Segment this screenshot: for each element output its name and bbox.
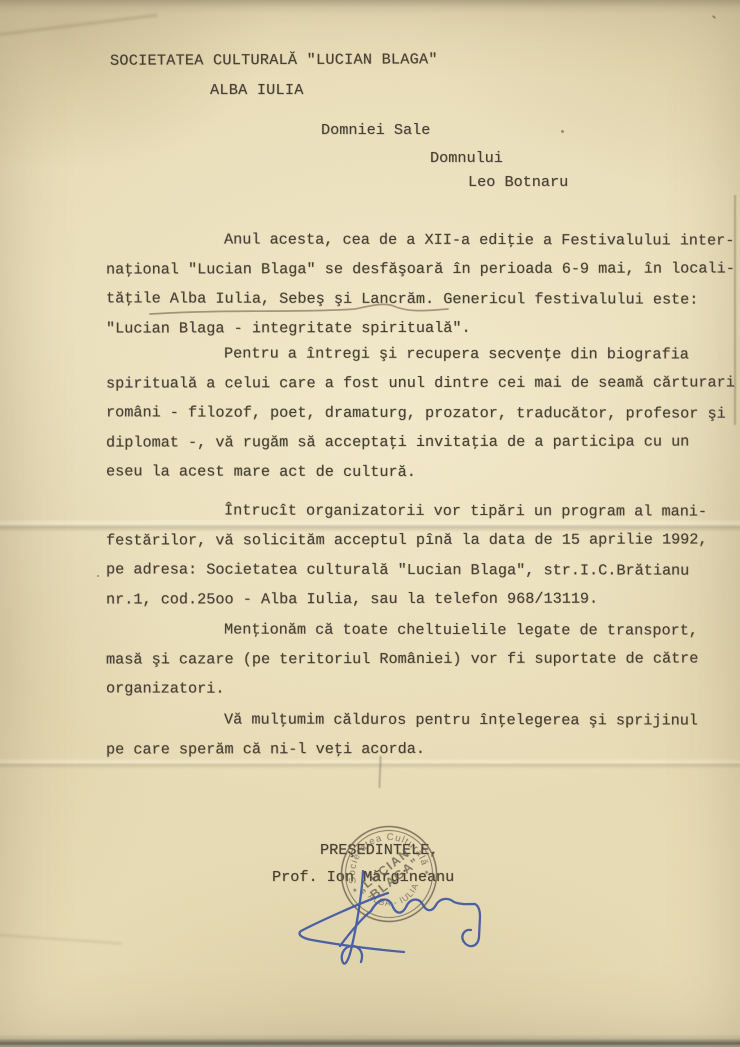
paragraph-4: Menţionăm că toate cheltuielile legate d… [106,616,698,704]
ink-speck [97,575,99,577]
typed-line: festărilor, vă solicităm acceptul pînă l… [106,526,708,556]
typed-line: Întrucît organizatorii vor tipări un pro… [224,496,708,526]
typed-line: Vă mulţumim călduros pentru înţelegerea … [224,706,698,736]
typed-line: pe care sperăm că ni-l veţi acorda. [106,735,698,765]
typed-line: nr.1, cod.25oo - Alba Iulia, sau la tele… [106,585,708,615]
scanned-letter-page: SOCIETATEA CULTURALĂ "LUCIAN BLAGA" ALBA… [0,0,740,1047]
typed-line: eseu la acest mare act de cultură. [106,457,735,488]
typed-line: masă şi cazare (pe teritoriul României) … [106,645,698,675]
typed-line: diplomat -, vă rugăm să acceptaţi invita… [106,428,735,458]
typed-line: români - filozof, poet, dramaturg, proza… [106,398,735,429]
paragraph-5: Vă mulţumim călduros pentru înţelegerea … [106,706,698,765]
ink-speck [561,130,564,133]
paper-crease [0,14,158,38]
paragraph-3: Întrucît organizatorii vor tipări un pro… [106,497,708,615]
typed-line: organizatori. [106,674,698,705]
letterhead-organization: SOCIETATEA CULTURALĂ "LUCIAN BLAGA" [110,45,438,76]
scan-bottom-edge [0,1034,740,1047]
paper-crease [0,933,122,944]
typed-line: Anul acesta, cea de a XII-a ediţie a Fes… [224,225,735,255]
typed-line: naţional "Lucian Blaga" se desfăşoară în… [106,255,735,285]
handwritten-signature [255,850,505,985]
typed-line: spirituală a celui care a fost unul dint… [106,369,735,399]
paragraph-1: Anul acesta, cea de a XII-a ediţie a Fes… [106,226,735,344]
typed-line: pe adresa: Societatea culturală "Lucian … [106,555,708,586]
paragraph-2: Pentru a întregi şi recupera secvenţe di… [106,340,735,487]
recipient-name: Leo Botnaru [468,168,568,197]
letterhead-city: ALBA IULIA [210,76,304,105]
pencil-underline [140,300,460,324]
typed-line: Pentru a întregi şi recupera secvenţe di… [224,339,735,369]
typed-line: Menţionăm că toate cheltuielile legate d… [224,616,698,646]
ink-speck [712,15,716,19]
recipient-salutation: Domniei Sale [321,116,430,145]
scan-top-edge-shadow [0,0,740,14]
